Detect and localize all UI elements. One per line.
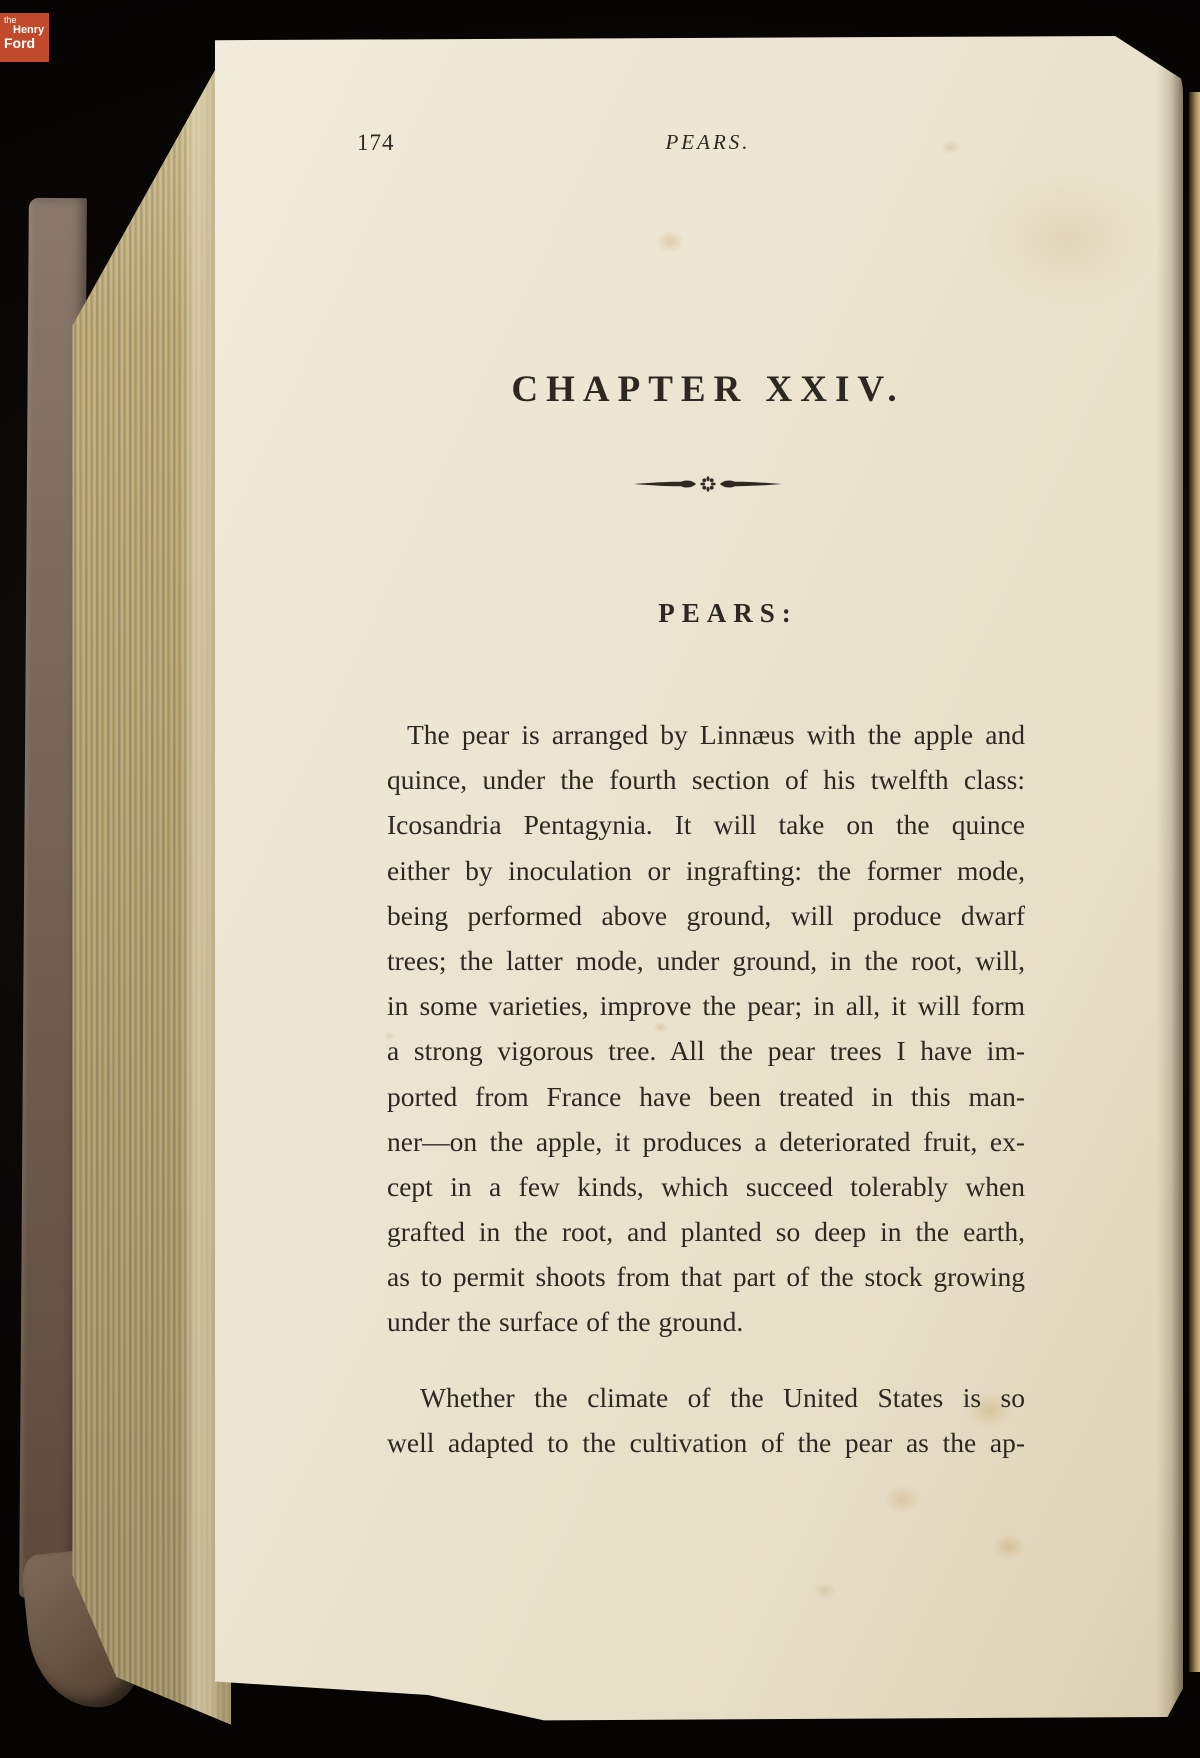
chapter-heading: CHAPTER XXIV.	[335, 368, 1081, 411]
book-page: 174 PEARS. CHAPTER XXIV.	[215, 36, 1183, 1722]
text-line: in some varieties, improve the pear; in …	[387, 983, 1025, 1028]
facing-page-edge	[1189, 92, 1200, 1672]
photo-stage: 174 PEARS. CHAPTER XXIV.	[0, 0, 1200, 1758]
divider-ornament	[390, 474, 1026, 499]
body-text: The pear is arranged by Linnæus with the…	[387, 712, 1025, 1495]
text-line: Whether the climate of the United States…	[387, 1375, 1025, 1420]
text-line: grafted in the root, and planted so deep…	[387, 1209, 1025, 1254]
text-line: either by inoculation or ingrafting: the…	[387, 848, 1025, 893]
section-heading: PEARS:	[390, 598, 1066, 629]
paragraph-1: The pear is arranged by Linnæus with the…	[387, 712, 1025, 1345]
text-line: ported from France have been treated in …	[387, 1074, 1025, 1119]
text-line: The pear is arranged by Linnæus with the…	[387, 712, 1025, 757]
asterisk-rule-icon	[633, 474, 783, 494]
text-line: Icosandria Pentagynia. It will take on t…	[387, 802, 1025, 847]
henry-ford-logo: the Henry Ford	[0, 13, 49, 62]
text-line: quince, under the fourth section of his …	[387, 757, 1025, 802]
text-line: trees; the latter mode, under ground, in…	[387, 938, 1025, 983]
text-line: a strong vigorous tree. All the pear tre…	[387, 1028, 1025, 1073]
page-number: 174	[357, 130, 395, 156]
text-line: well adapted to the cultivation of the p…	[387, 1420, 1025, 1465]
running-head: PEARS.	[390, 130, 1026, 155]
logo-text-ford: Ford	[4, 36, 49, 50]
page-gutter-shadow	[1157, 36, 1183, 1722]
paragraph-2: Whether the climate of the United States…	[387, 1375, 1025, 1465]
text-line: being performed above ground, will produ…	[387, 893, 1025, 938]
text-line: cept in a few kinds, which succeed toler…	[387, 1164, 1025, 1209]
text-line: as to permit shoots from that part of th…	[387, 1254, 1025, 1299]
text-line: under the surface of the ground.	[387, 1299, 1025, 1344]
text-line: ner—on the apple, it produces a deterior…	[387, 1119, 1025, 1164]
